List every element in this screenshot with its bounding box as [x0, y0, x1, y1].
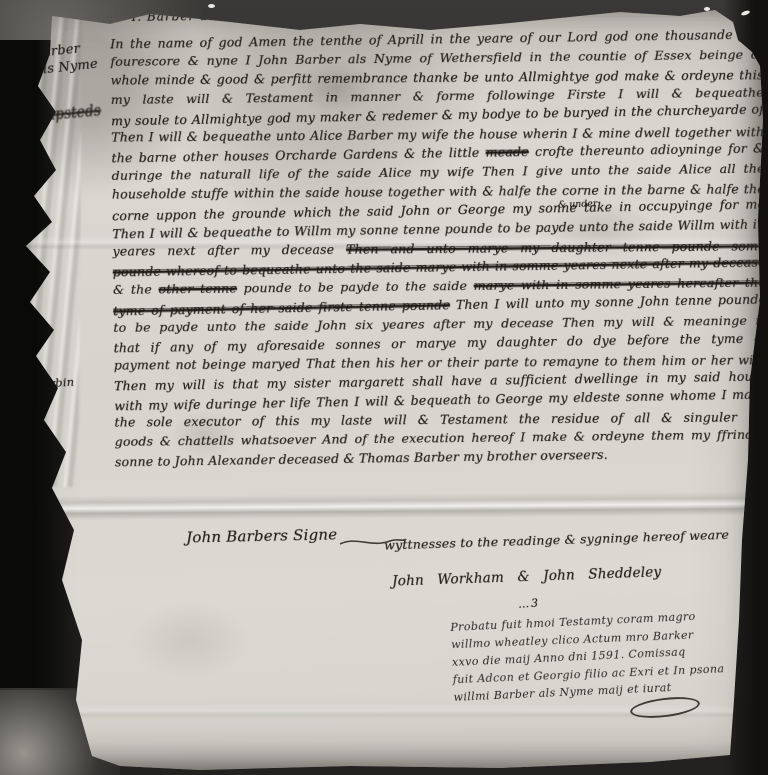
fold-crease	[0, 491, 768, 520]
manuscript-page: T. Barber als Nymo Barber als Nyme Hemps…	[0, 0, 768, 775]
manuscript-text: whole minde & good & perfitt remembrance…	[110, 67, 763, 87]
will-text-block: In the name of god Amen the tenthe of Ap…	[110, 26, 768, 470]
stain	[130, 600, 250, 680]
manuscript-text: yeares next after my decease	[112, 242, 346, 259]
struck-text: other tenne	[158, 281, 237, 297]
witness-mark: …3	[518, 596, 541, 611]
manuscript-photo: T. Barber als Nymo Barber als Nyme Hemps…	[0, 0, 768, 775]
manuscript-text: Then I will unto my sonne John tenne pou…	[450, 291, 766, 312]
manuscript-text: the barne other houses Orcharde Gardens …	[111, 145, 485, 166]
manuscript-text: the sole executor of this my laste will …	[114, 409, 767, 429]
witness-names: John Workham & John Sheddeley	[392, 564, 662, 589]
manuscript-text: sonne to John Alexander deceased & Thoma…	[115, 447, 608, 469]
manuscript-text: & the	[113, 281, 159, 297]
paper-speck	[704, 7, 710, 11]
paper-speck	[208, 4, 215, 8]
struck-text: meade	[485, 144, 528, 160]
manuscript-text: pounde to be payde to the saide	[237, 278, 474, 296]
testator-signature: John Barbers Signe	[186, 525, 338, 546]
interlineation: & under	[558, 199, 598, 210]
manuscript-text: crofte thereunto adioyninge for &	[529, 140, 765, 159]
probate-clause: Probatu fuit hmoi Testamty coram magrowi…	[450, 605, 768, 707]
witness-heading: wyttnesses to the readinge & sygninge he…	[384, 526, 744, 552]
